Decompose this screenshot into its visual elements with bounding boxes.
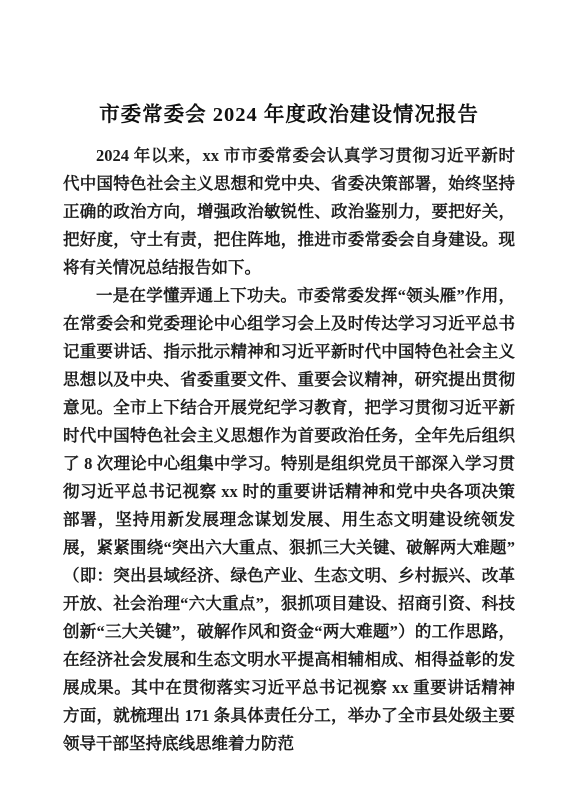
paragraph-intro: 2024 年以来，xx 市市委常委会认真学习贯彻习近平新时代中国特色社会主义思想… [63,142,515,282]
document-page: 市委常委会 2024 年度政治建设情况报告 2024 年以来，xx 市市委常委会… [0,0,570,807]
document-body: 2024 年以来，xx 市市委常委会认真学习贯彻习近平新时代中国特色社会主义思想… [63,142,515,758]
document-title: 市委常委会 2024 年度政治建设情况报告 [63,100,515,130]
paragraph-section-one: 一是在学懂弄通上下功夫。市委常委发挥“领头雁”作用，在常委会和党委理论中心组学习… [63,282,515,758]
